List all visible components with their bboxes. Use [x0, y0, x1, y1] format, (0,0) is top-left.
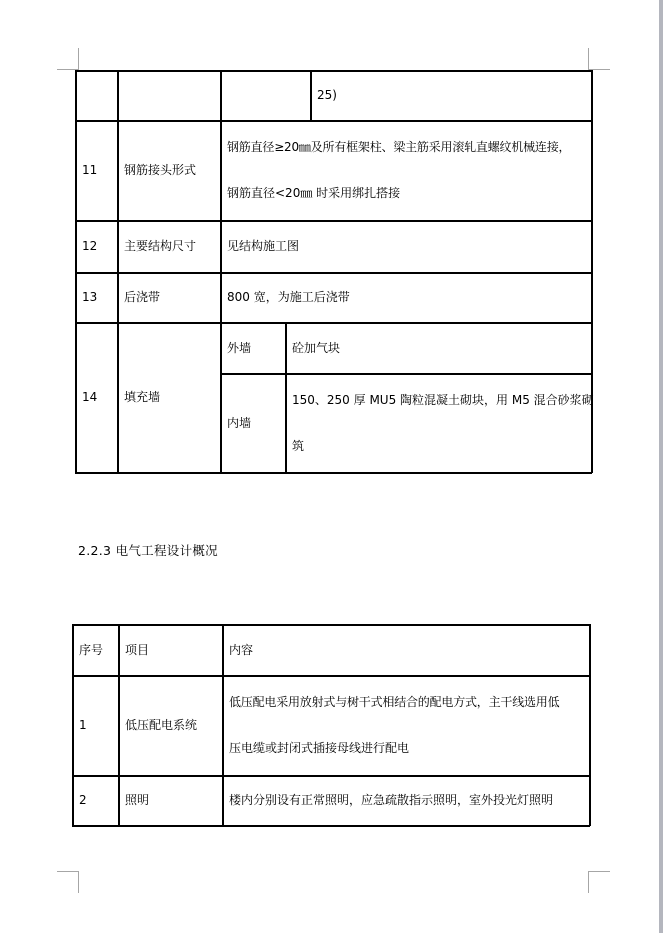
table-cell-item: 填充墙	[117, 322, 220, 472]
table-cell-item: 钢筋接头形式	[117, 120, 220, 220]
table-header-no: 序号	[72, 624, 118, 675]
table-border	[72, 825, 590, 827]
margin-corner-mark-top-left	[57, 48, 79, 70]
table-cell-no: 13	[75, 272, 117, 322]
table-cell-content: 低压配电采用放射式与树干式相结合的配电方式，主干线选用低 压电缆或封闭式插接母线…	[222, 675, 589, 775]
vertical-scrollbar[interactable]	[659, 0, 663, 933]
table-cell-content: 楼内分别设有正常照明，应急疏散指示照明，室外投光灯照明	[222, 775, 589, 825]
content-line: 低压配电采用放射式与树干式相结合的配电方式，主干线选用低	[229, 695, 559, 709]
margin-corner-mark-top-right	[588, 48, 610, 70]
table-cell-content: 钢筋直径≥20㎜及所有框架柱、梁主筋采用滚轧直螺纹机械连接， 钢筋直径<20㎜ …	[220, 120, 591, 220]
table-cell-item: 照明	[118, 775, 222, 825]
table-header-item: 项目	[118, 624, 222, 675]
table-cell-content: 800 宽，为施工后浇带	[220, 272, 591, 322]
content-line: 筑	[292, 439, 304, 453]
table-cell-content: 25)	[310, 70, 591, 120]
margin-corner-mark-bottom-left	[57, 871, 79, 893]
table-cell-item: 主要结构尺寸	[117, 220, 220, 272]
table-border	[589, 624, 591, 826]
table-cell-no: 12	[75, 220, 117, 272]
content-line: 压电缆或封闭式插接母线进行配电	[229, 741, 409, 755]
table-cell-item: 后浇带	[117, 272, 220, 322]
table-cell-content: 见结构施工图	[220, 220, 591, 272]
content-line: 150、250 厚 MU5 陶粒混凝土砌块，用 M5 混合砂浆砌	[292, 393, 594, 407]
section-heading: 2.2.3 电气工程设计概况	[78, 541, 218, 559]
table-cell-sub: 内墙	[220, 373, 285, 472]
margin-corner-mark-bottom-right	[588, 871, 610, 893]
table-cell-item: 低压配电系统	[118, 675, 222, 775]
table-cell-no: 2	[72, 775, 118, 825]
table-border	[591, 70, 593, 473]
table-border	[75, 472, 592, 474]
content-line: 钢筋直径≥20㎜及所有框架柱、梁主筋采用滚轧直螺纹机械连接，	[227, 140, 570, 154]
table-cell-no: 11	[75, 120, 117, 220]
table-header-content: 内容	[222, 624, 589, 675]
table-cell-no: 1	[72, 675, 118, 775]
table-cell-content: 150、250 厚 MU5 陶粒混凝土砌块，用 M5 混合砂浆砌 筑	[285, 373, 591, 472]
table-cell-sub: 外墙	[220, 322, 285, 373]
table-cell-no: 14	[75, 322, 117, 472]
content-line: 钢筋直径<20㎜ 时采用绑扎搭接	[227, 186, 400, 200]
table-cell-content: 砼加气块	[285, 322, 591, 373]
